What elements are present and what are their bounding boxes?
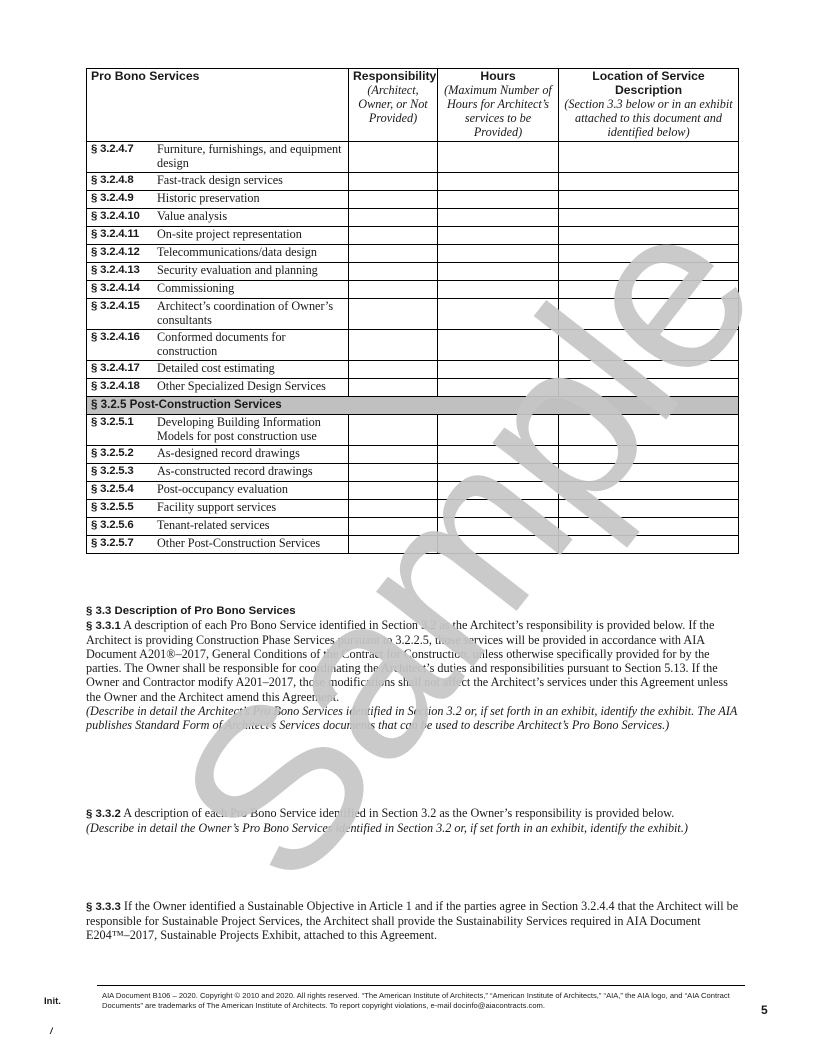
service-number: § 3.2.5.6 <box>91 518 157 532</box>
page-number: 5 <box>761 1003 768 1017</box>
location-cell[interactable] <box>559 536 739 554</box>
service-label: Commissioning <box>157 281 343 295</box>
service-number: § 3.2.4.7 <box>91 142 157 156</box>
service-cell: § 3.2.4.12Telecommunications/data design <box>87 245 349 263</box>
service-number: § 3.2.4.18 <box>91 379 157 393</box>
hours-cell[interactable] <box>438 209 559 227</box>
service-number: § 3.2.5.2 <box>91 446 157 460</box>
service-cell: § 3.2.4.13Security evaluation and planni… <box>87 263 349 281</box>
location-cell[interactable] <box>559 500 739 518</box>
document-page: Pro Bono Services Responsibility (Archit… <box>0 0 816 1056</box>
table-row: § 3.2.5.4Post-occupancy evaluation <box>87 482 739 500</box>
service-label: Historic preservation <box>157 191 343 205</box>
service-number: § 3.2.4.8 <box>91 173 157 187</box>
location-cell[interactable] <box>559 281 739 299</box>
responsibility-cell[interactable] <box>349 518 438 536</box>
location-cell[interactable] <box>559 299 739 330</box>
service-cell: § 3.2.4.15Architect’s coordination of Ow… <box>87 299 349 330</box>
service-number: § 3.2.4.16 <box>91 330 157 344</box>
service-number: § 3.2.4.15 <box>91 299 157 313</box>
hours-cell[interactable] <box>438 227 559 245</box>
service-number: § 3.2.5.4 <box>91 482 157 496</box>
paragraph-3-3-2-number: § 3.3.2 <box>86 808 121 820</box>
service-label: Developing Building Information Models f… <box>157 415 343 443</box>
location-cell[interactable] <box>559 446 739 464</box>
service-label: Conformed documents for construction <box>157 330 343 358</box>
responsibility-cell[interactable] <box>349 446 438 464</box>
table-row: § 3.2.5.6Tenant-related services <box>87 518 739 536</box>
service-number: § 3.2.4.12 <box>91 245 157 259</box>
service-label: As-constructed record drawings <box>157 464 343 478</box>
hours-cell[interactable] <box>438 281 559 299</box>
service-label: On-site project representation <box>157 227 343 241</box>
location-cell[interactable] <box>559 263 739 281</box>
service-label: Architect’s coordination of Owner’s cons… <box>157 299 343 327</box>
table-row: § 3.2.4.15Architect’s coordination of Ow… <box>87 299 739 330</box>
service-label: Post-occupancy evaluation <box>157 482 343 496</box>
footer-divider <box>97 985 745 986</box>
location-cell[interactable] <box>559 361 739 379</box>
location-cell[interactable] <box>559 379 739 397</box>
hours-cell[interactable] <box>438 446 559 464</box>
paragraph-3-3-1-instruction: (Describe in detail the Architect’s Pro … <box>86 704 741 732</box>
service-number: § 3.2.5.3 <box>91 464 157 478</box>
service-label: As-designed record drawings <box>157 446 343 460</box>
responsibility-cell[interactable] <box>349 173 438 191</box>
responsibility-cell[interactable] <box>349 379 438 397</box>
header-services-title: Pro Bono Services <box>91 69 199 83</box>
table-row: § 3.2.5.3As-constructed record drawings <box>87 464 739 482</box>
header-location: Location of Service Description (Section… <box>559 69 739 142</box>
hours-cell[interactable] <box>438 464 559 482</box>
table-row: § 3.2.4.18Other Specialized Design Servi… <box>87 379 739 397</box>
section-header-row: § 3.2.5 Post-Construction Services <box>87 397 739 415</box>
hours-cell[interactable] <box>438 415 559 446</box>
service-number: § 3.2.4.13 <box>91 263 157 277</box>
paragraph-3-3-3: § 3.3.3 If the Owner identified a Sustai… <box>86 899 741 942</box>
location-cell[interactable] <box>559 191 739 209</box>
header-responsibility: Responsibility (Architect, Owner, or Not… <box>349 69 438 142</box>
responsibility-cell[interactable] <box>349 191 438 209</box>
service-label: Facility support services <box>157 500 343 514</box>
hours-cell[interactable] <box>438 482 559 500</box>
service-cell: § 3.2.4.14Commissioning <box>87 281 349 299</box>
init-label: Init. <box>44 996 61 1007</box>
pro-bono-services-table: Pro Bono Services Responsibility (Archit… <box>86 68 739 554</box>
header-services: Pro Bono Services <box>87 69 349 142</box>
paragraph-3-3-2-text: A description of each Pro Bono Service i… <box>121 806 674 820</box>
service-label: Furniture, furnishings, and equipment de… <box>157 142 343 170</box>
responsibility-cell[interactable] <box>349 142 438 173</box>
responsibility-cell[interactable] <box>349 245 438 263</box>
table-row: § 3.2.4.12Telecommunications/data design <box>87 245 739 263</box>
section-3-3: § 3.3 Description of Pro Bono Services §… <box>86 604 741 732</box>
header-hours-title: Hours <box>480 69 515 83</box>
service-number: § 3.2.5.5 <box>91 500 157 514</box>
location-cell[interactable] <box>559 518 739 536</box>
service-cell: § 3.2.5.7Other Post-Construction Service… <box>87 536 349 554</box>
service-cell: § 3.2.5.4Post-occupancy evaluation <box>87 482 349 500</box>
service-cell: § 3.2.4.10Value analysis <box>87 209 349 227</box>
service-label: Value analysis <box>157 209 343 223</box>
service-cell: § 3.2.5.3As-constructed record drawings <box>87 464 349 482</box>
location-cell[interactable] <box>559 227 739 245</box>
service-cell: § 3.2.5.6Tenant-related services <box>87 518 349 536</box>
responsibility-cell[interactable] <box>349 464 438 482</box>
header-location-title: Location of Service Description <box>592 69 704 97</box>
hours-cell[interactable] <box>438 536 559 554</box>
table-row: § 3.2.4.17Detailed cost estimating <box>87 361 739 379</box>
location-cell[interactable] <box>559 482 739 500</box>
table-row: § 3.2.4.11On-site project representation <box>87 227 739 245</box>
service-label: Security evaluation and planning <box>157 263 343 277</box>
service-number: § 3.2.4.10 <box>91 209 157 223</box>
table-row: § 3.2.4.16Conformed documents for constr… <box>87 330 739 361</box>
hours-cell[interactable] <box>438 299 559 330</box>
service-label: Telecommunications/data design <box>157 245 343 259</box>
table-row: § 3.2.5.7Other Post-Construction Service… <box>87 536 739 554</box>
responsibility-cell[interactable] <box>349 482 438 500</box>
responsibility-cell[interactable] <box>349 536 438 554</box>
responsibility-cell[interactable] <box>349 299 438 330</box>
hours-cell[interactable] <box>438 173 559 191</box>
service-number: § 3.2.5.7 <box>91 536 157 550</box>
service-cell: § 3.2.4.9Historic preservation <box>87 191 349 209</box>
location-cell[interactable] <box>559 245 739 263</box>
header-hours-sub: (Maximum Number of Hours for Architect’s… <box>442 83 554 139</box>
table-row: § 3.2.4.14Commissioning <box>87 281 739 299</box>
paragraph-3-3-1: § 3.3.1 A description of each Pro Bono S… <box>86 618 741 704</box>
service-label: Other Post-Construction Services <box>157 536 343 550</box>
location-cell[interactable] <box>559 330 739 361</box>
hours-cell[interactable] <box>438 518 559 536</box>
responsibility-cell[interactable] <box>349 281 438 299</box>
service-number: § 3.2.4.9 <box>91 191 157 205</box>
header-responsibility-title: Responsibility <box>353 69 436 83</box>
hours-cell[interactable] <box>438 361 559 379</box>
table-row: § 3.2.5.2As-designed record drawings <box>87 446 739 464</box>
service-label: Detailed cost estimating <box>157 361 343 375</box>
responsibility-cell[interactable] <box>349 330 438 361</box>
table-row: § 3.2.4.13Security evaluation and planni… <box>87 263 739 281</box>
service-cell: § 3.2.4.16Conformed documents for constr… <box>87 330 349 361</box>
header-responsibility-sub: (Architect, Owner, or Not Provided) <box>353 83 433 125</box>
hours-cell[interactable] <box>438 245 559 263</box>
table-header-row: Pro Bono Services Responsibility (Archit… <box>87 69 739 142</box>
table-row: § 3.2.4.7Furniture, furnishings, and equ… <box>87 142 739 173</box>
service-cell: § 3.2.5.1Developing Building Information… <box>87 415 349 446</box>
hours-cell[interactable] <box>438 263 559 281</box>
service-number: § 3.2.5.1 <box>91 415 157 429</box>
service-number: § 3.2.4.11 <box>91 227 157 241</box>
paragraph-3-3-3-text: If the Owner identified a Sustainable Ob… <box>86 899 738 942</box>
table-row: § 3.2.5.5Facility support services <box>87 500 739 518</box>
service-cell: § 3.2.4.7Furniture, furnishings, and equ… <box>87 142 349 173</box>
service-cell: § 3.2.4.11On-site project representation <box>87 227 349 245</box>
location-cell[interactable] <box>559 209 739 227</box>
hours-cell[interactable] <box>438 142 559 173</box>
responsibility-cell[interactable] <box>349 227 438 245</box>
location-cell[interactable] <box>559 142 739 173</box>
service-label: Fast-track design services <box>157 173 343 187</box>
paragraph-3-3-1-number: § 3.3.1 <box>86 620 121 632</box>
service-cell: § 3.2.5.5Facility support services <box>87 500 349 518</box>
copyright-notice: AIA Document B106 – 2020. Copyright © 20… <box>102 991 742 1012</box>
paragraph-3-3-2: § 3.3.2 A description of each Pro Bono S… <box>86 806 741 821</box>
section-3-3-heading: § 3.3 Description of Pro Bono Services <box>86 604 741 618</box>
service-cell: § 3.2.4.18Other Specialized Design Servi… <box>87 379 349 397</box>
paragraph-3-3-1-text: A description of each Pro Bono Service i… <box>86 618 728 703</box>
service-label: Tenant-related services <box>157 518 343 532</box>
table-row: § 3.2.4.8Fast-track design services <box>87 173 739 191</box>
paragraph-3-3-2-instruction: (Describe in detail the Owner’s Pro Bono… <box>86 821 741 835</box>
service-cell: § 3.2.5.2As-designed record drawings <box>87 446 349 464</box>
table-row: § 3.2.5.1Developing Building Information… <box>87 415 739 446</box>
hours-cell[interactable] <box>438 191 559 209</box>
init-slash: / <box>50 1026 53 1036</box>
service-label: Other Specialized Design Services <box>157 379 343 393</box>
location-cell[interactable] <box>559 173 739 191</box>
hours-cell[interactable] <box>438 500 559 518</box>
table-row: § 3.2.4.9Historic preservation <box>87 191 739 209</box>
responsibility-cell[interactable] <box>349 500 438 518</box>
section-3-3-3: § 3.3.3 If the Owner identified a Sustai… <box>86 899 741 942</box>
hours-cell[interactable] <box>438 330 559 361</box>
responsibility-cell[interactable] <box>349 263 438 281</box>
service-cell: § 3.2.4.17Detailed cost estimating <box>87 361 349 379</box>
paragraph-3-3-3-number: § 3.3.3 <box>86 901 121 913</box>
responsibility-cell[interactable] <box>349 209 438 227</box>
location-cell[interactable] <box>559 415 739 446</box>
header-hours: Hours (Maximum Number of Hours for Archi… <box>438 69 559 142</box>
hours-cell[interactable] <box>438 379 559 397</box>
service-cell: § 3.2.4.8Fast-track design services <box>87 173 349 191</box>
table-row: § 3.2.4.10Value analysis <box>87 209 739 227</box>
service-number: § 3.2.4.14 <box>91 281 157 295</box>
responsibility-cell[interactable] <box>349 361 438 379</box>
service-number: § 3.2.4.17 <box>91 361 157 375</box>
location-cell[interactable] <box>559 464 739 482</box>
section-3-3-2: § 3.3.2 A description of each Pro Bono S… <box>86 806 741 835</box>
responsibility-cell[interactable] <box>349 415 438 446</box>
header-location-sub: (Section 3.3 below or in an exhibit atta… <box>563 97 734 139</box>
section-header-post-construction: § 3.2.5 Post-Construction Services <box>87 397 739 415</box>
